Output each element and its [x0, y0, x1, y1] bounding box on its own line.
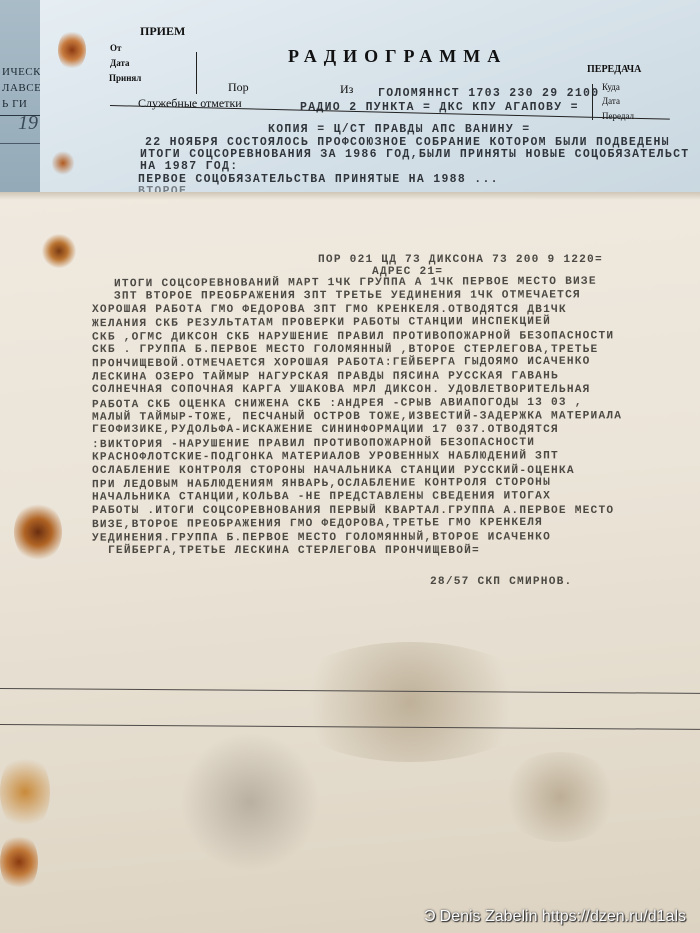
telegram-header: ПОР 021 ЦД 73 ДИКСОНА 73 200 9 1220= — [318, 254, 603, 266]
fragment-line: ИЧЕСК — [2, 66, 41, 78]
telegram-paper: ПОР 021 ЦД 73 ДИКСОНА 73 200 9 1220= АДР… — [0, 192, 700, 933]
telegram-line: ЗПТ ВТОРОЕ ПРЕОБРАЖЕНИЯ ЗПТ ТРЕТЬЕ УЕДИН… — [114, 290, 581, 303]
telegram-line: СКБ . ГРУППА Б.ПЕРВОЕ МЕСТО ГОЛОМЯННЫЙ ,… — [92, 344, 598, 356]
telegram-line: КРАСНОФЛОТСКИЕ-ПОДГОНКА МАТЕРИАЛОВ УРОВЕ… — [92, 451, 559, 464]
telegram-line: :ВИКТОРИЯ -НАРУШЕНИЕ ПРАВИЛ ПРОТИВОПОЖАР… — [92, 437, 535, 451]
handwritten-number: 19 — [18, 112, 38, 135]
destination-label: Куда — [602, 82, 620, 92]
photo-watermark: ϿDenis Zabelin https://dzen.ru/d1als — [424, 908, 686, 926]
telegram-line: РАБОТА СКБ ОЦЕНКА СНИЖЕНА СКБ :АНДРЕЯ -С… — [92, 396, 583, 411]
telegram-line: УЕДИНЕНИЯ.ГРУППА Б.ПЕРВОЕ МЕСТО ГОЛОМЯНН… — [92, 531, 551, 544]
copyright-icon: Ͽ — [424, 908, 436, 926]
form-divider — [196, 52, 197, 94]
telegram-line: СОЛНЕЧНАЯ СОПОЧНАЯ КАРГА УШАКОВА МРЛ ДИК… — [92, 384, 591, 396]
fragment-line: Ь ГИ — [2, 98, 27, 110]
telegram-line: ПРИ ЛЕДОВЫМ НАБЛЮДЕНИЯМ ЯНВАРЬ,ОСЛАБЛЕНИ… — [92, 477, 551, 491]
transmission-label: ПЕРЕДАЧА — [587, 64, 641, 75]
telegram-line: ЖЕЛАНИЯ СКБ РЕЗУЛЬТАТАМ ПРОВЕРКИ РАБОТЫ … — [92, 316, 551, 330]
paper-edge-shadow — [0, 192, 700, 200]
mold-stain — [280, 642, 540, 762]
watermark-text: Denis Zabelin https://dzen.ru/d1als — [440, 908, 686, 925]
telegram-line: ПРОНЧИЩЕВОЙ.ОТМЕЧАЕТСЯ ХОРОШАЯ РАБОТА:ГЕ… — [92, 356, 591, 371]
rust-stain — [42, 234, 76, 268]
rust-stain — [58, 30, 86, 70]
radiogram-body-line: КОПИЯ = Ц/СТ ПРАВДЫ АПС ВАНИНУ = — [268, 123, 530, 136]
rust-stain — [0, 832, 38, 892]
telegram-line: ИТОГИ СОЦСОРЕВНОВАНИЙ МАРТ 1ЧК ГРУППА А … — [114, 276, 597, 291]
telegram-line: ХОРОШАЯ РАБОТА ГМО ФЕДОРОВА ЗПТ ГМО КРЕН… — [92, 304, 567, 316]
radiogram-header-line: ГОЛОМЯННСТ 1703 230 29 2100 — [378, 87, 599, 100]
mold-stain — [500, 752, 620, 842]
rust-stain — [0, 752, 50, 832]
telegram-line: НАЧАЛЬНИКА СТАНЦИИ,КОЛЬВА -НЕ ПРЕДСТАВЛЕ… — [92, 491, 551, 504]
radiogram-body-line: НА 1987 ГОД: — [140, 160, 238, 173]
telegram-line: ОСЛАБЛЕНИЕ КОНТРОЛЯ СТОРОНЫ НАЧАЛЬНИКА С… — [92, 465, 575, 477]
from-label: От — [110, 43, 121, 53]
origin-label: Из — [340, 82, 353, 97]
radiogram-header-line: РАДИО 2 ПУНКТА = ДКС КПУ АГАПОВУ = — [300, 101, 579, 114]
date-label: Дата — [602, 96, 620, 106]
radiogram-form: ПРИЕМ От Дата Принял Пор Служебные отмет… — [40, 0, 700, 200]
telegram-line: ВИЗЕ,ВТОРОЕ ПРЕОБРАЖЕНИЯ ГМО ФЕДОРОВА,ТР… — [92, 517, 543, 531]
rust-stain — [14, 502, 62, 562]
telegram-line: РАБОТЫ .ИТОГИ СОЦСОРЕВНОВАНИЯ ПЕРВЫЙ КВА… — [92, 505, 614, 517]
telegram-line: СКБ ,ОГМС ДИКСОН СКБ НАРУШЕНИЕ ПРАВИЛ ПР… — [92, 330, 614, 343]
sent-by-label: Передал — [602, 111, 634, 121]
date-label: Дата — [110, 58, 130, 68]
telegram-signature: 28/57 СКП СМИРНОВ. — [430, 576, 572, 588]
telegram-line: ГЕЙБЕРГА,ТРЕТЬЕ ЛЕСКИНА СТЕРЛЕГОВА ПРОНЧ… — [108, 545, 480, 557]
telegram-line: ЛЕСКИНА ОЗЕРО ТАЙМЫР НАГУРСКАЯ ПРАВДЫ ПЯ… — [92, 370, 559, 383]
number-label: Пор — [228, 80, 249, 95]
form-title: РАДИОГРАММА — [288, 46, 507, 67]
fragment-line: ЛАВСЕ — [2, 82, 41, 94]
received-by-label: Принял — [109, 73, 141, 83]
mold-stain — [180, 732, 320, 872]
priem-label: ПРИЕМ — [140, 24, 185, 39]
telegram-line: МАЛЫЙ ТАЙМЫР-ТОЖЕ, ПЕСЧАНЫЙ ОСТРОВ ТОЖЕ,… — [92, 410, 622, 423]
telegram-line: ГЕОФИЗИКЕ,РУДОЛЬФА-ИСКАЖЕНИЕ СИНИНФОРМАЦ… — [92, 424, 559, 436]
rust-stain — [52, 150, 74, 176]
